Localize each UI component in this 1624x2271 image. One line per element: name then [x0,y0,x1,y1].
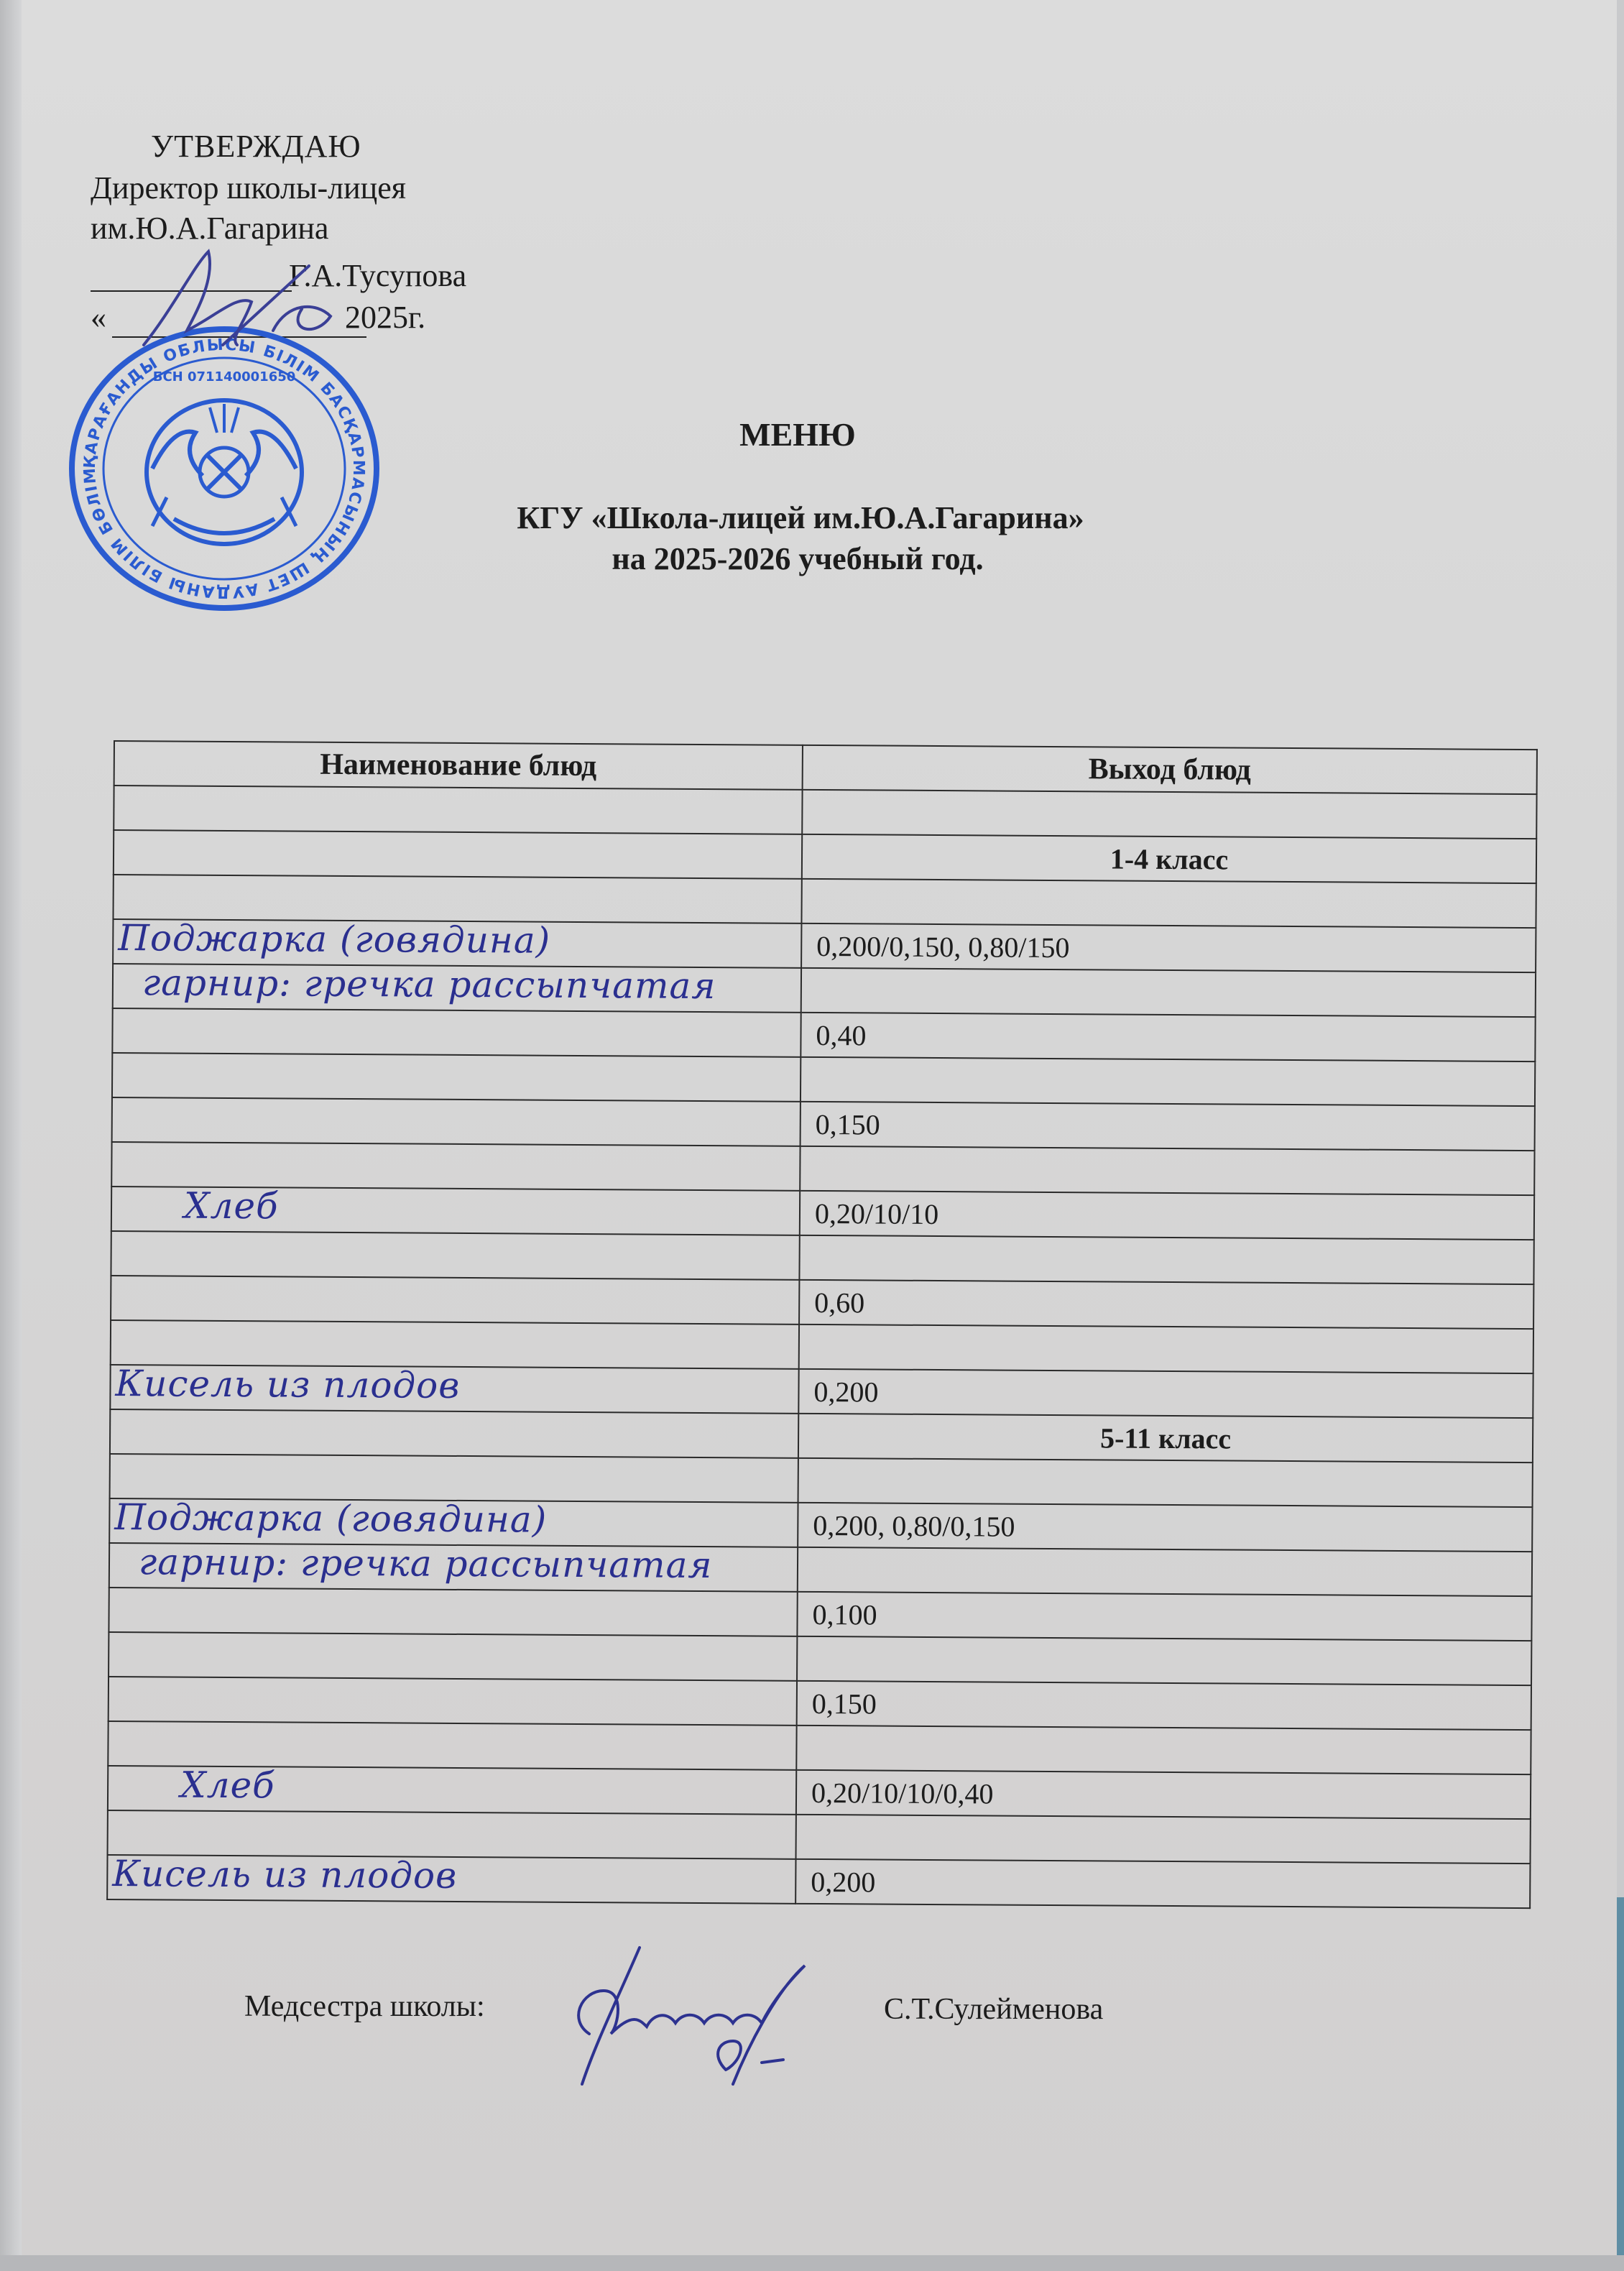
background-left [0,0,24,2271]
handwritten-dish-name: гарнир: гречка рассыпчатая [142,962,716,1007]
table-body: 1-4 классПоджарка (говядина)0,200/0,150,… [107,786,1536,1908]
table-row: Кисель из плодов0,200 [107,1855,1530,1908]
document-title: МЕНЮ [22,415,1574,453]
column-header-yield: Выход блюд [803,745,1537,794]
dish-yield-cell: 0,200 [798,1369,1533,1418]
class-group-label: 1-4 класс [802,834,1536,883]
dish-yield-cell [798,1458,1533,1507]
nurse-name: С.Т.Сулейменова [884,1992,1103,2027]
dish-name-cell [112,1008,801,1057]
dish-yield-cell [801,1057,1535,1106]
dish-name-cell: Хлеб [108,1766,796,1815]
handwritten-dish-name: Кисель из плодов [115,1363,460,1406]
handwritten-dish-name: Хлеб [180,1764,275,1807]
dish-yield-cell [797,1636,1531,1685]
academic-year: на 2025-2026 учебный год. [22,540,1574,577]
organization-name: КГУ «Школа-лицей им.Ю.А.Гагарина» [22,499,1579,536]
dish-name-cell: Хлеб [111,1187,800,1235]
dish-name-cell [109,1588,797,1636]
handwritten-dish-name: Поджарка (говядина) [118,917,550,962]
dish-name-cell [109,1677,797,1726]
dish-name-cell [108,1721,796,1770]
approval-position: Директор школы-лицея [91,170,406,206]
dish-name-cell: Поджарка (говядина) [109,1498,798,1547]
dish-yield-cell: 0,20/10/10 [800,1191,1534,1240]
dish-yield-cell [796,1726,1531,1774]
class-group-label: 5-11 класс [798,1414,1533,1462]
approval-title: УТВЕРЖДАЮ [151,128,361,165]
dish-yield-cell [799,1235,1533,1284]
dish-yield-cell: 0,150 [797,1681,1531,1730]
dish-yield-cell: 0,60 [799,1280,1533,1329]
dish-yield-cell: 0,20/10/10/0,40 [796,1770,1531,1819]
dish-name-cell: Кисель из плодов [107,1855,795,1904]
dish-yield-cell: 0,200, 0,80/0,150 [798,1503,1532,1552]
dish-yield-cell: 0,200/0,150, 0,80/150 [801,923,1536,972]
dish-yield-cell: 0,40 [801,1013,1535,1061]
handwritten-dish-name: гарнир: гречка рассыпчатая [139,1541,713,1586]
dish-name-cell [110,1409,798,1458]
dish-name-cell: Поджарка (говядина) [113,919,801,968]
dish-name-cell [114,786,802,834]
dish-name-cell [111,1231,799,1280]
nurse-signature-icon [568,1940,913,2099]
svg-text:БСН 071140001650: БСН 071140001650 [153,369,296,384]
dish-yield-cell [798,1547,1532,1596]
dish-yield-cell: 0,200 [795,1859,1530,1908]
dish-name-cell [113,875,801,923]
dish-name-cell [110,1454,798,1503]
column-header-dish-name: Наименование блюд [114,741,803,790]
dish-yield-cell [796,1815,1531,1864]
background-bottom [0,2255,1624,2271]
dish-name-cell: Кисель из плодов [110,1365,798,1414]
handwritten-dish-name: Хлеб [184,1185,279,1227]
dish-name-cell: гарнир: гречка рассыпчатая [113,964,801,1013]
dish-name-cell [112,1097,801,1146]
dish-name-cell [111,1320,799,1369]
dish-yield-cell: 0,150 [801,1102,1535,1151]
dish-name-cell [112,1053,801,1102]
dish-name-cell [111,1276,799,1325]
handwritten-dish-name: Поджарка (говядина) [114,1496,547,1541]
dish-name-cell [109,1632,797,1681]
dish-name-cell [111,1142,800,1191]
nurse-label: Медсестра школы: [244,1989,485,2024]
menu-table: Наименование блюд Выход блюд 1-4 классПо… [106,740,1538,1909]
dish-yield-cell [802,790,1536,839]
dish-yield-cell [800,1146,1534,1195]
dish-yield-cell [799,1325,1533,1373]
handwritten-dish-name: Кисель из плодов [112,1853,457,1897]
dish-name-cell: гарнир: гречка рассыпчатая [109,1543,798,1592]
dish-yield-cell [801,879,1536,928]
dish-name-cell [108,1810,796,1859]
dish-yield-cell: 0,100 [797,1592,1531,1641]
dish-yield-cell [801,968,1536,1017]
director-signature-icon [129,237,388,352]
dish-name-cell [114,830,802,879]
document-page: УТВЕРЖДАЮ Директор школы-лицея им.Ю.А.Га… [22,0,1617,2255]
